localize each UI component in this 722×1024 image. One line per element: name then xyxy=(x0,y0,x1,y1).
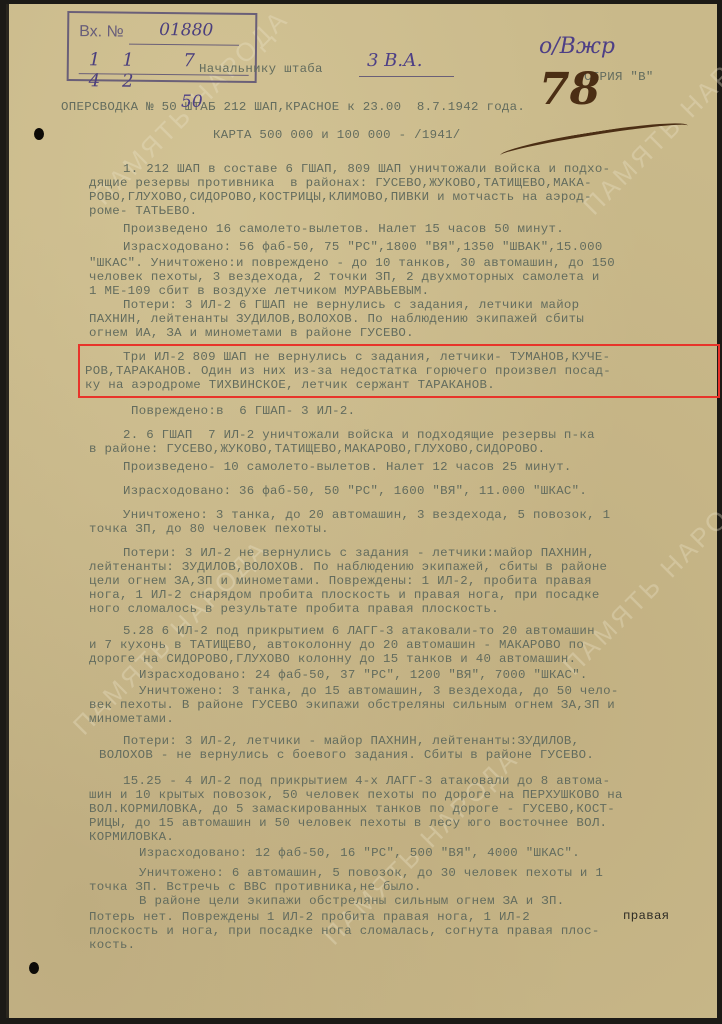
body-line: В районе цели экипажи обстреляны сильным… xyxy=(139,894,564,908)
body-line: минометами. xyxy=(89,712,174,726)
highlighted-line: РОВ,ТАРАКАНОВ. Один из них из-за недоста… xyxy=(85,364,611,378)
body-line: Израсходовано: 24 фаб-50, 37 "РС", 1200 … xyxy=(139,668,588,682)
body-line: и 7 кухонь в ТАТИЩЕВО, автоколонну до 20… xyxy=(89,638,584,652)
body-line: ного сломалось в результате пробита прав… xyxy=(89,602,499,616)
body-line: век пехоты. В районе ГУСЕВО экипажи обст… xyxy=(89,698,615,712)
highlighted-line: ку на аэродроме ТИХВИНСКОЕ, летчик сержа… xyxy=(85,378,495,392)
body-line: РОВО,ГЛУХОВО,СИДОРОВО,КОСТРИЦЫ,КЛИМОВО,П… xyxy=(89,190,592,204)
body-line: нога, 1 ИЛ-2 снарядом пробита плоскость … xyxy=(89,588,600,602)
addressee-unit: 3 В.А. xyxy=(367,50,422,71)
body-line: огнем ИА, ЗА и минометами в районе ГУСЕВ… xyxy=(89,326,414,340)
body-line: дящие резервы противника в районах: ГУСЕ… xyxy=(89,176,592,190)
body-line: 2. 6 ГШАП 7 ИЛ-2 уничтожали войска и под… xyxy=(123,428,595,442)
body-line: Потери: 3 ИЛ-2 6 ГШАП не вернулись с зад… xyxy=(123,298,579,312)
body-line: Израсходовано: 12 фаб-50, 16 "РС", 500 "… xyxy=(139,846,580,860)
highlighted-line: Три ИЛ-2 809 ШАП не вернулись с задания,… xyxy=(123,350,610,364)
body-line: Повреждено:в 6 ГШАП- 3 ИЛ-2. xyxy=(131,404,355,418)
body-line: дороге на СИДОРОВО,ГЛУХОВО колонну до 15… xyxy=(89,652,576,666)
body-line: Потери: 3 ИЛ-2 не вернулись с задания - … xyxy=(123,546,595,560)
body-line: ВОЛОХОВ - не вернулись с боевого задания… xyxy=(99,748,594,762)
body-line: точка ЗП, до 80 человек пехоты. xyxy=(89,522,329,536)
body-line: Произведено 16 самолето-вылетов. Налет 1… xyxy=(123,222,564,236)
map-reference: КАРТА 500 000 и 100 000 - /1941/ xyxy=(213,128,461,142)
body-line: кость. xyxy=(89,938,135,952)
body-line: плоскость и нога, при посадке нога слома… xyxy=(89,924,600,938)
body-line: 15.25 - 4 ИЛ-2 под прикрытием 4-х ЛАГГ-3… xyxy=(123,774,610,788)
body-line: человек пехоты, 3 вездехода, 2 точки ЗП,… xyxy=(89,270,600,284)
addressee-underline xyxy=(359,76,454,77)
page-number: 78 xyxy=(539,64,600,115)
body-line: ПАХНИН, лейтенанты ЗУДИЛОВ,ВОЛОХОВ. По н… xyxy=(89,312,584,326)
punch-hole xyxy=(29,962,39,974)
body-line: роме- ТАТЬЕВО. xyxy=(89,204,197,218)
body-line: Потери: 3 ИЛ-2, летчики - майор ПАХНИН, … xyxy=(123,734,579,748)
body-line: "ШКАС". Уничтожено:и повреждено - до 10 … xyxy=(89,256,615,270)
body-line: точка ЗП. Встречь с ВВС противника,не бы… xyxy=(89,880,422,894)
punch-hole xyxy=(34,128,44,140)
body-line: 1. 212 ШАП в составе 6 ГШАП, 809 ШАП уни… xyxy=(123,162,610,176)
stamp-label: Вх. № xyxy=(79,23,124,41)
stamp-line xyxy=(129,44,239,46)
stamp-number: 01880 xyxy=(159,20,213,41)
body-line: Израсходовано: 36 фаб-50, 50 "РС", 1600 … xyxy=(123,484,587,498)
body-line: шин и 10 крытых повозок, 50 человек пехо… xyxy=(89,788,623,802)
body-line: ВОЛ.КОРМИЛОВКА, до 5 замаскированных тан… xyxy=(89,802,615,816)
body-line: РИЦЫ, до 15 автомашин и 50 человек пехот… xyxy=(89,816,607,830)
body-line: 1 МЕ-109 сбит в воздухе летчиком МУРАВЬЕ… xyxy=(89,284,429,298)
body-line: Уничтожено: 6 автомашин, 5 повозок, до 3… xyxy=(139,866,603,880)
body-line: Израсходовано: 56 фаб-50, 75 "РС",1800 "… xyxy=(123,240,603,254)
inserted-word: правая xyxy=(623,909,669,923)
document-page: ПАМЯТЬ НАРОДА ПАМЯТЬ НАРОДА ПАМЯТЬ НАРОД… xyxy=(6,4,717,1018)
body-line: Произведено- 10 самолето-вылетов. Налет … xyxy=(123,460,572,474)
addressee: Начальнику штаба xyxy=(199,62,323,76)
body-line: Уничтожено: 3 танка, до 20 автомашин, 3 … xyxy=(123,508,610,522)
body-line: лейтенанты: ЗУДИЛОВ,ВОЛОХОВ. По наблюден… xyxy=(89,560,607,574)
body-line: в районе: ГУСЕВО,ЖУКОВО,ТАТИЩЕВО,МАКАРОВ… xyxy=(89,442,545,456)
body-line: Уничтожено: 3 танка, до 15 автомашин, 3 … xyxy=(139,684,619,698)
report-title: ОПЕРСВОДКА № 50 ШТАБ 212 ШАП,КРАСНОЕ к 2… xyxy=(61,100,525,114)
body-line: цели огнем ЗА,ЗП и минометами. Поврежден… xyxy=(89,574,592,588)
report-number: 50 xyxy=(181,92,203,112)
body-line: Потерь нет. Повреждены 1 ИЛ-2 пробита пр… xyxy=(89,910,530,924)
body-line: 5.28 6 ИЛ-2 под прикрытием 6 ЛАГГ-3 атак… xyxy=(123,624,595,638)
signature: о/Вжр xyxy=(539,34,615,59)
body-line: КОРМИЛОВКА. xyxy=(89,830,174,844)
